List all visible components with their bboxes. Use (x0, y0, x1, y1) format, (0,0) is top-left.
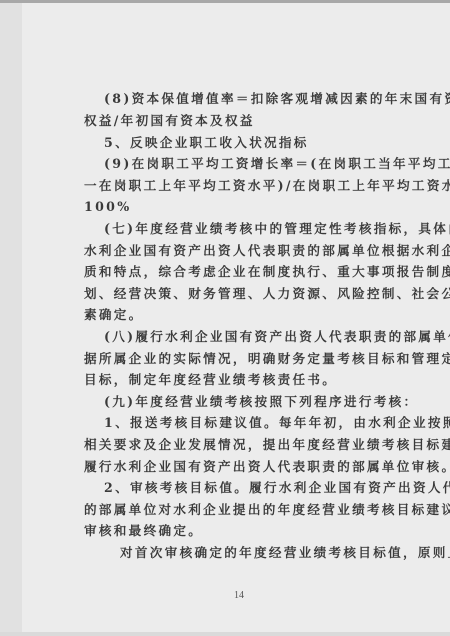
text-line: (八)履行水利企业国有资产出资人代表职责的部属单位要根 (104, 327, 394, 347)
text-line: 的部属单位对水利企业提出的年度经营业绩考核目标建议值进行 (84, 500, 394, 520)
text-line: 相关要求及企业发展情况，提出年度经营业绩考核目标建议值，报 (84, 435, 394, 455)
text-line: 素确定。 (84, 305, 394, 325)
text-line: 审核和最终确定。 (84, 521, 394, 541)
text-line: 100% (84, 197, 394, 217)
text-line: 5、反映企业职工收入状况指标 (104, 133, 394, 153)
text-line: (8)资本保值增值率＝扣除客观增减因素的年末国有资本及 (104, 89, 394, 109)
page-number: 14 (234, 590, 244, 601)
text-line: 对首次审核确定的年度经营业绩考核目标值，原则上按不低 (120, 543, 410, 563)
text-line: 划、经营决策、财务管理、人力资源、风险控制、社会公益服务等因 (84, 284, 394, 304)
text-line: 质和特点，综合考虑企业在制度执行、重大事项报告制度、发展规 (84, 262, 394, 282)
text-line: 目标，制定年度经营业绩考核责任书。 (84, 370, 394, 390)
text-line: 2、审核考核目标值。履行水利企业国有资产出资人代表职责 (104, 478, 394, 498)
text-line: (九)年度经营业绩考核按照下列程序进行考核： (104, 392, 394, 412)
text-line: 一在岗职工上年平均工资水平)/在岗职工上年平均工资水平× (84, 176, 394, 196)
text-line: 据所属企业的实际情况，明确财务定量考核目标和管理定性考核 (84, 349, 394, 369)
scan-left-margin (0, 3, 22, 636)
text-line: (七)年度经营业绩考核中的管理定性考核指标，具体由履行 (104, 219, 394, 239)
scan-bottom-edge (0, 632, 450, 636)
text-line: (9)在岗职工平均工资增长率＝(在岗职工当年平均工资水平 (104, 154, 394, 174)
text-line: 权益/年初国有资本及权益 (84, 111, 394, 131)
text-line: 1、报送考核目标建议值。每年年初，由水利企业按照考核的 (104, 413, 394, 433)
text-line: 水利企业国有资产出资人代表职责的部属单位根据水利企业的性 (84, 241, 394, 261)
text-line: 履行水利企业国有资产出资人代表职责的部属单位审核。 (84, 457, 394, 477)
